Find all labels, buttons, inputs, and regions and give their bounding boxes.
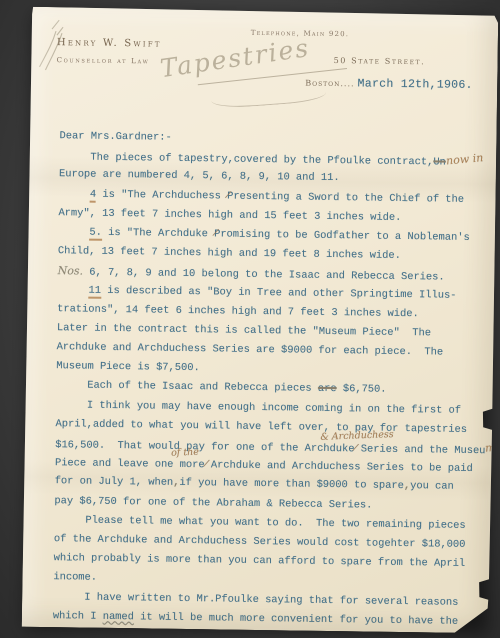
typed-text: which I bbox=[53, 610, 103, 623]
typed-text: it will be much more convenient for you … bbox=[134, 611, 458, 628]
letterhead-name: Henry W. Swift bbox=[57, 37, 162, 49]
typed-date: March 12th,1906. bbox=[357, 77, 472, 92]
typed-text: I think you may have enough income comin… bbox=[56, 399, 461, 417]
letterhead-title: Counsellor at Law bbox=[57, 56, 150, 65]
typed-text: of the Archduke and Archduchess Series w… bbox=[54, 533, 466, 551]
typed-text bbox=[58, 226, 89, 238]
typed-text: Presenting a Sword to the Chief of the bbox=[227, 190, 464, 205]
typed-text: Child, 13 feet 7 inches high and 19 feet… bbox=[58, 245, 401, 262]
typed-text: you can bbox=[404, 480, 454, 493]
typed-text: Later in the contract this is called the… bbox=[57, 322, 431, 339]
typed-text: is "The Archduke bbox=[102, 227, 214, 241]
pencil-annotation: named bbox=[103, 611, 134, 623]
typed-text: $6,750. bbox=[337, 384, 387, 397]
pencil-annotation: m bbox=[484, 438, 496, 458]
pencil-annotation: 5. bbox=[89, 227, 102, 241]
typed-text: income. bbox=[53, 571, 97, 584]
pencil-underline-arc bbox=[211, 84, 327, 109]
typed-text: if you have more than $9000 to spare bbox=[173, 477, 404, 492]
letterhead-city-date-line: Boston.... March 12th,1906. bbox=[305, 77, 473, 92]
letter-paper: Telephone, Main 920. Henry W. Swift Coun… bbox=[22, 7, 499, 633]
typed-text: April,added to what you will have left o… bbox=[55, 418, 467, 436]
typed-text: for on July 1, when bbox=[55, 476, 174, 490]
typed-text: trations", 14 feet 6 inches high and 7 f… bbox=[57, 303, 419, 320]
typed-text: Archduke and Archduchess Series to be pa… bbox=[205, 459, 473, 475]
letterhead-street: 50 State Street. bbox=[334, 56, 426, 66]
typed-text: Dear Mrs.Gardner:- bbox=[59, 130, 171, 144]
typed-text bbox=[57, 284, 88, 296]
typed-text: Europe are numbered 4, 5, 6, 8, 9, 10 an… bbox=[59, 169, 340, 185]
typed-text: I have written to Mr.Pfoulke saying that… bbox=[53, 591, 458, 609]
typed-text: Each of the Isaac and Rebecca pieces bbox=[56, 380, 318, 396]
typed-text: Series and the Museu bbox=[354, 443, 485, 457]
pencil-annotation: of the bbox=[170, 444, 171, 463]
pencil-annotation: Nos. bbox=[58, 264, 84, 277]
typed-text: is described as "Boy in Tree and other S… bbox=[101, 284, 457, 301]
typed-text: Please tell me what you want to do. The … bbox=[54, 514, 466, 532]
pencil-annotation: 11 bbox=[88, 284, 101, 298]
typed-text: is "The Archduchess bbox=[96, 188, 227, 202]
typed-text: pay $6,750 for one of the Abraham & Rebe… bbox=[54, 495, 372, 511]
typed-text: Promising to be Godfather to a Nobleman'… bbox=[214, 228, 470, 244]
pencil-annotation: are bbox=[318, 383, 337, 395]
typed-text: Piece and leave one more bbox=[55, 457, 205, 471]
handwritten-subject: Tapestries bbox=[158, 33, 311, 83]
typed-text: Army", 13 feet 7 inches high and 15 feet… bbox=[58, 207, 401, 224]
pencil-annotation: now in bbox=[445, 148, 484, 170]
letter-body: Dear Mrs.Gardner:- The pieces of tapestr… bbox=[53, 127, 500, 632]
typed-text: Museum Piece is $7,500. bbox=[56, 360, 200, 374]
typed-text bbox=[59, 188, 90, 200]
typed-text: Archduke and Archduchess Series are $900… bbox=[57, 341, 444, 358]
typed-text: which probably is more than you can affo… bbox=[54, 552, 466, 570]
pencil-annotation: Un bbox=[433, 157, 446, 169]
photo-background: Telephone, Main 920. Henry W. Swift Coun… bbox=[0, 0, 500, 638]
typed-text: $16,500. That would pay for one of the A… bbox=[55, 439, 354, 455]
